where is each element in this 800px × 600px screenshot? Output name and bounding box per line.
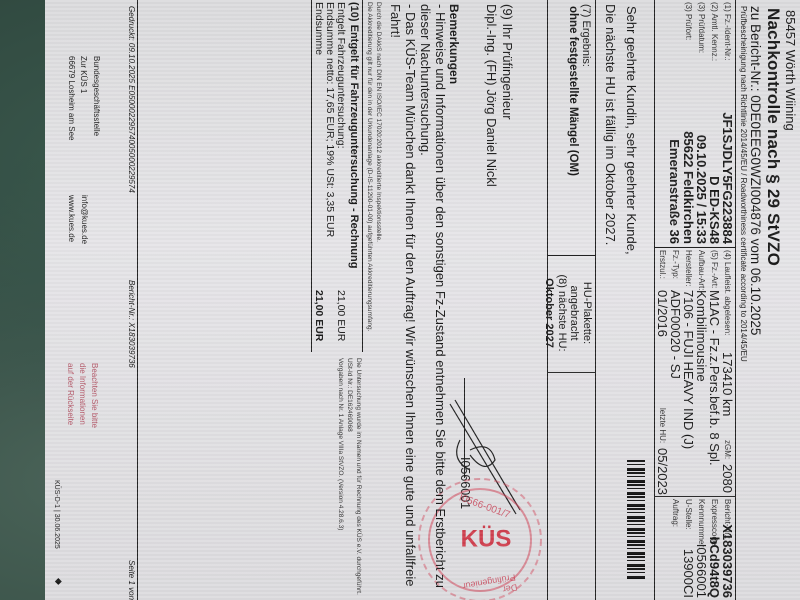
- vin-value: JF1SJDLY5FG223884: [720, 112, 735, 244]
- invoice-net-line: Endsumme netto: 17,65 EUR; 19% USt: 3,35…: [324, 2, 336, 237]
- invoice-line-amount: 21,00 EUR: [335, 290, 347, 341]
- inspection-report-page: 85457 Wörth Wiining Nachkontrolle nach §…: [45, 0, 800, 600]
- website-link[interactable]: www.kues.de: [65, 195, 78, 244]
- execution-note: Die Untersuchung wurde im Namen und für …: [355, 358, 362, 595]
- gvw-label: zGM:: [723, 440, 732, 459]
- next-hu-label: (8) nächste HU:: [556, 258, 569, 368]
- last-hu-label: letzte HU:: [658, 408, 667, 443]
- plate-value: D ED-KS48: [707, 176, 722, 244]
- accreditation-line-1: Durch die DAkkS nach DIN EN ISO/IEC 1702…: [375, 2, 382, 242]
- next-due-notice: Die nächste HU ist fällig im Oktober 202…: [603, 4, 618, 245]
- invoice-total-amount: 21,00 EUR: [313, 290, 325, 341]
- test-place-label: (3) Prüfort:: [684, 2, 693, 40]
- footer-report-no: Bericht-Nr.: X183039736: [127, 280, 136, 368]
- test-date-value: 09.10.2025 / 15:33: [694, 135, 709, 244]
- u-stelle-value: 13900CI: [681, 549, 696, 598]
- id-number-label: Kennnummer:: [697, 499, 706, 549]
- test-place-value: 85622 Feldkirchen: [681, 131, 696, 244]
- form-id: KÜS-D-1 | 30.06.2025: [50, 480, 63, 549]
- email-link[interactable]: info@kues.de: [78, 195, 91, 244]
- first-reg-value: 01/2016: [655, 290, 670, 337]
- mileage-value: 173410 km: [720, 352, 735, 416]
- id-number-value: I0566001: [694, 544, 709, 598]
- remarks-heading: Bemerkungen: [447, 4, 461, 84]
- expresscode-value: bCd94t8Q: [707, 537, 722, 598]
- test-street-value: Emeranstraße 36: [667, 139, 682, 244]
- document-title: Nachkontrolle nach § 29 StVZO: [763, 8, 783, 266]
- stamp-brand: KÜS: [461, 525, 512, 553]
- diamond-icon: ◆: [53, 578, 64, 585]
- model-type-value: ADF00020 - SJ: [668, 290, 683, 379]
- test-date-label: (3) Prüfdatum:: [697, 2, 706, 53]
- vat-id: USt-Id Nr.: DE162469068: [346, 358, 353, 432]
- vehicle-data-table: (1) Fz.-Ident-Nr.: JF1SJDLY5FG223884 (2)…: [654, 0, 736, 600]
- gvw-value: 2080: [720, 464, 735, 493]
- inspector-label: (9) Ihr Prüfingenieur: [500, 4, 515, 120]
- u-stelle-label: U-Stelle:: [684, 499, 693, 530]
- last-hu-value: 05/2023: [655, 448, 670, 495]
- report-reference: zu Bericht-Nr.: 0DE0EEG0WZI004876 vom 06…: [748, 6, 763, 335]
- vehicle-type-value: M1AC - Fz.z.Pers.bef.b. 8 Spl.: [707, 290, 722, 466]
- regulation-version: Vorgaben nach Nr. 1 Anlage VIIIa StVZO. …: [337, 358, 344, 530]
- invoice-line-label: Entgelt Fahrzeuguntersuchung:: [335, 2, 347, 149]
- body-type-label: Aufbau-Art:: [697, 250, 706, 290]
- manufacturer-value: 7106 - FUJI HEAVY IND (J): [681, 290, 696, 449]
- backside-note: Beachten Sie bitte die Informationen auf…: [64, 363, 100, 428]
- manufacturer-label: Hersteller:: [684, 250, 693, 286]
- plate-label: (2) Amtl. Kennz.:: [710, 2, 719, 61]
- remark-line: Fahrt!: [388, 4, 403, 38]
- mileage-label: (4) Laufleist. abgelesen:: [723, 250, 732, 335]
- model-type-label: Fz.-Typ:: [671, 250, 680, 279]
- plakette-value: angebracht: [568, 258, 581, 368]
- certificate-note: Prüfbescheinigung nach Richtlinie 2014/4…: [739, 6, 748, 362]
- barcode: [627, 460, 645, 580]
- first-reg-label: Erstzul.:: [658, 250, 667, 279]
- remark-line: - Das KÜS-Team München dankt Ihnen für d…: [403, 4, 418, 586]
- printed-info: Gedruckt: 09.10.2025 E050002295740050002…: [127, 6, 136, 193]
- next-hu-value: Oktober 2027: [544, 278, 556, 348]
- remark-line: - Hinweise und Informationen über den so…: [433, 4, 448, 588]
- body-type-value: Kombilimousine: [694, 290, 709, 382]
- result-label: (7) Ergebnis:: [580, 4, 592, 67]
- page-number: Seite 1 von 1: [127, 560, 136, 600]
- inspector-name: Dipl.-Ing. (FH) Jörg Daniel Nickl: [484, 4, 499, 187]
- recipient-address: 85457 Wörth Wiining: [783, 10, 798, 131]
- report-no-value: X18303973​6: [720, 524, 735, 598]
- contact-info: info@kues.de www.kues.de: [65, 195, 90, 244]
- vehicle-type-label: (5) Fz.-Art:: [710, 250, 719, 288]
- remark-line: dieser Nachuntersuchung.: [418, 4, 433, 156]
- invoice-heading: (10) Entgelt für Fahrzeuguntersuchung - …: [348, 2, 360, 268]
- accreditation-line-2: Die Akkreditierung gilt nur für den in d…: [366, 2, 373, 331]
- plakette-label: HU-Plakette:: [581, 258, 594, 368]
- order-label: Auftrag:: [671, 499, 680, 527]
- invoice-total-label: Endsumme: [313, 2, 325, 55]
- hq-address: Bundesgeschäftsstelle Zur KÜS 1 66679 Lo…: [65, 56, 103, 141]
- vin-label: (1) Fz.-Ident-Nr.:: [723, 2, 732, 61]
- plakette-block: HU-Plakette: angebracht (8) nächste HU: …: [543, 258, 593, 368]
- greeting: Sehr geehrte Kundin, sehr geehrter Kunde…: [624, 6, 639, 255]
- result-value: ohne festgestellte Mängel (OM): [567, 6, 579, 176]
